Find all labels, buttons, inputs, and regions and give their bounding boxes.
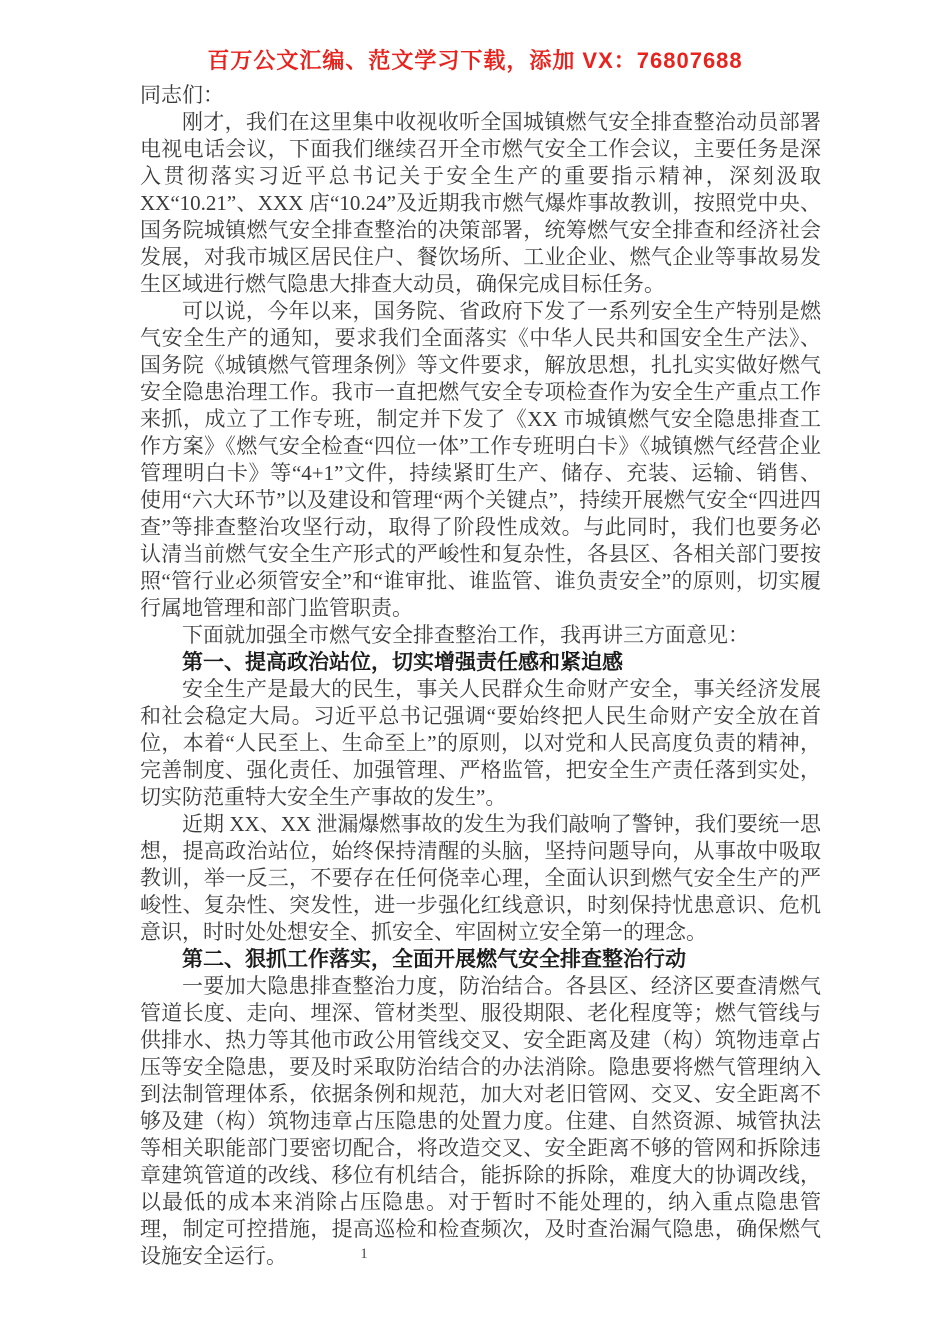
- section-heading-2: 第二、狠抓工作落实，全面开展燃气安全排查整治行动: [140, 946, 821, 973]
- section-heading-1: 第一、提高政治站位，切实增强责任感和紧迫感: [140, 649, 821, 676]
- paragraph-background: 可以说，今年以来，国务院、省政府下发了一系列安全生产特别是燃气安全生产的通知，要…: [140, 298, 821, 622]
- paragraph-opening: 刚才，我们在这里集中收视收听全国城镇燃气安全排查整治动员部署电视电话会议，下面我…: [140, 109, 821, 298]
- page-number: 1: [352, 1246, 376, 1263]
- document-body: 同志们： 刚才，我们在这里集中收视收听全国城镇燃气安全排查整治动员部署电视电话会…: [140, 82, 821, 1270]
- salutation: 同志们：: [140, 82, 821, 109]
- promo-banner-text: 百万公文汇编、范文学习下载，添加 VX：76807688: [0, 44, 950, 75]
- paragraph-section1-b: 近期 XX、XX 泄漏爆燃事故的发生为我们敲响了警钟，我们要统一思想，提高政治站…: [140, 811, 821, 946]
- paragraph-section2-a: 一要加大隐患排查整治力度，防治结合。各县区、经济区要查清燃气管道长度、走向、埋深…: [140, 973, 821, 1270]
- document-page: 百万公文汇编、范文学习下载，添加 VX：76807688 同志们： 刚才，我们在…: [0, 0, 950, 1344]
- paragraph-transition: 下面就加强全市燃气安全排查整治工作，我再讲三方面意见：: [140, 622, 821, 649]
- paragraph-section1-a: 安全生产是最大的民生，事关人民群众生命财产安全，事关经济发展和社会稳定大局。习近…: [140, 676, 821, 811]
